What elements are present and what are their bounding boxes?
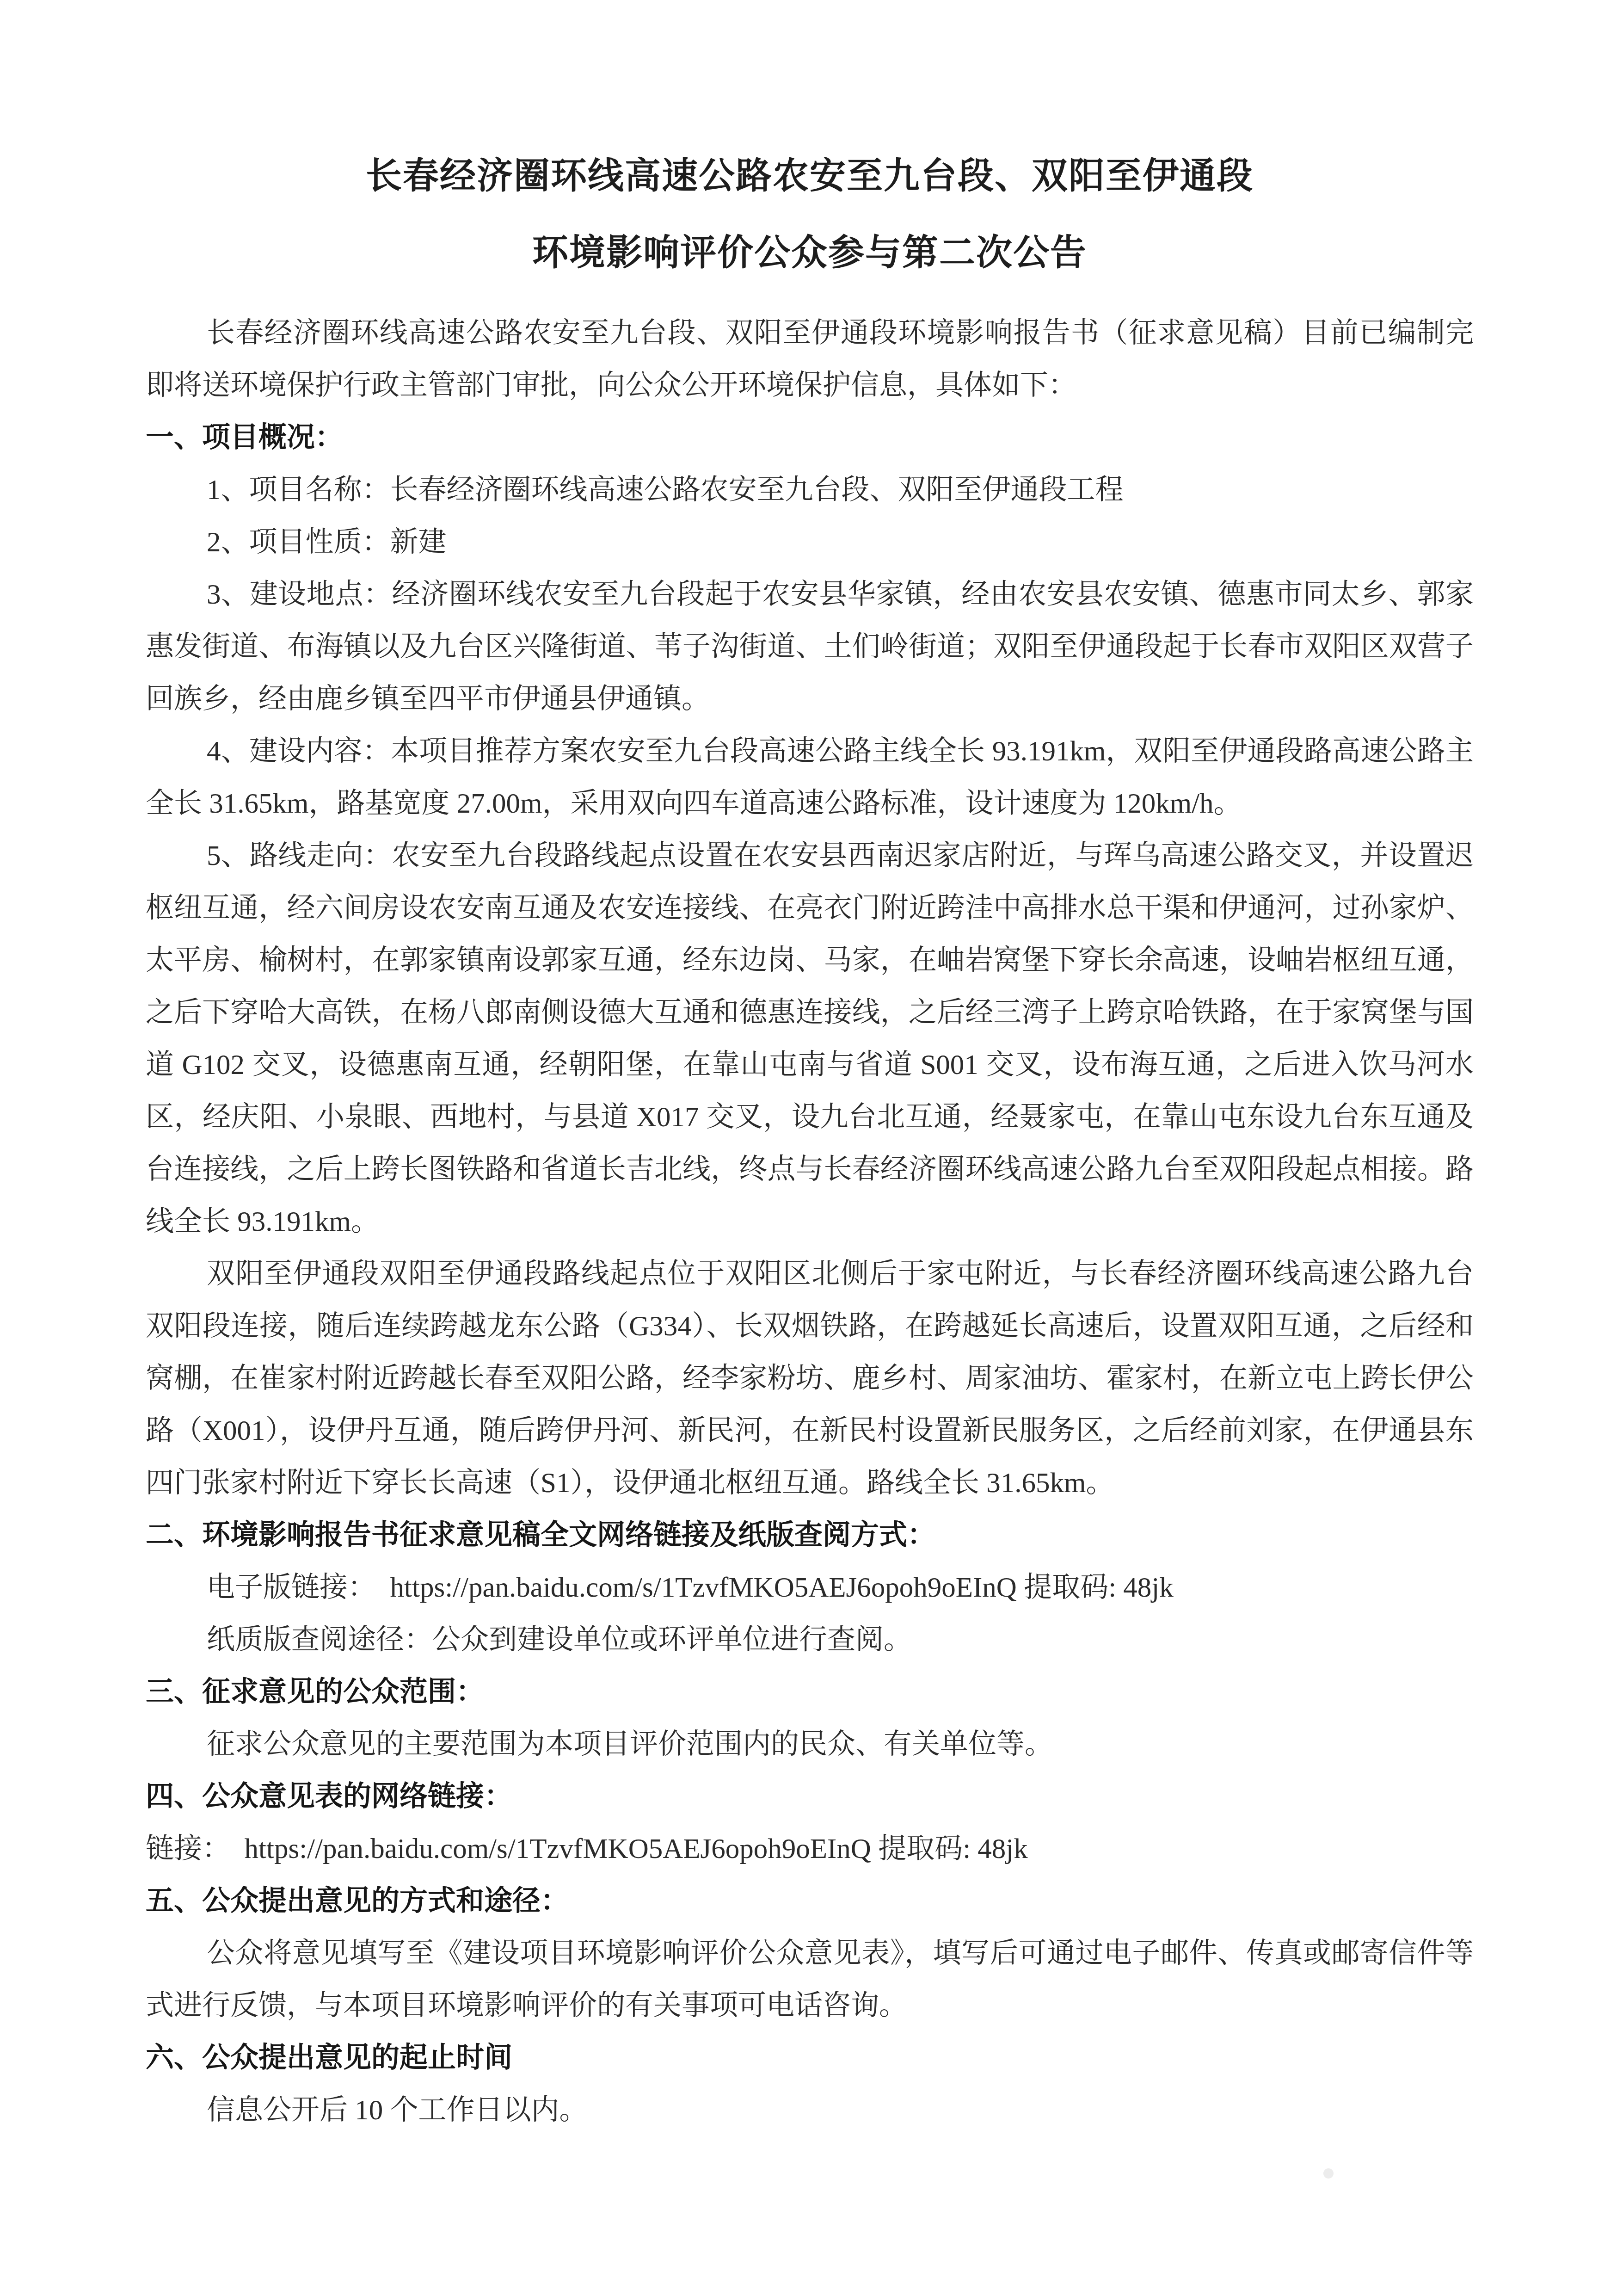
paragraph-line: 长春经济圈环线高速公路农安至九台段、双阳至伊通段环境影响报告书（征求意见稿）目前… xyxy=(146,307,1474,359)
paragraph-line: 路（X001），设伊丹互通，随后跨伊丹河、新民河，在新民村设置新民服务区，之后经… xyxy=(146,1405,1474,1457)
paragraph-line: 1、项目名称：长春经济圈环线高速公路农安至九台段、双阳至伊通段工程 xyxy=(146,464,1474,516)
paragraph-line: 道 G102 交叉，设德惠南互通，经朝阳堡，在靠山屯南与省道 S001 交叉，设… xyxy=(146,1039,1474,1091)
scan-artifact-dot xyxy=(1323,2168,1334,2179)
paragraph-line: 双阳段连接，随后连续跨越龙东公路（G334）、长双烟铁路，在跨越延长高速后，设置… xyxy=(146,1300,1474,1352)
document-body: 长春经济圈环线高速公路农安至九台段、双阳至伊通段环境影响报告书（征求意见稿）目前… xyxy=(146,307,1474,2136)
paragraph-line: 窝棚，在崔家村附近跨越长春至双阳公路，经李家粉坊、鹿乡村、周家油坊、霍家村，在新… xyxy=(146,1352,1474,1405)
section-heading: 二、环境影响报告书征求意见稿全文网络链接及纸版查阅方式： xyxy=(146,1509,1474,1562)
paragraph-line: 信息公开后 10 个工作日以内。 xyxy=(146,2084,1474,2136)
paragraph-line: 2、项目性质：新建 xyxy=(146,516,1474,568)
document-content: 长春经济圈环线高速公路农安至九台段、双阳至伊通段环境影响评价公众参与第二次公告 … xyxy=(146,138,1474,2136)
paragraph-line: 回族乡，经由鹿乡镇至四平市伊通县伊通镇。 xyxy=(146,673,1474,725)
paragraph-line: 链接： https://pan.baidu.com/s/1TzvfMKO5AEJ… xyxy=(146,1823,1474,1875)
paragraph-line: 4、建设内容：本项目推荐方案农安至九台段高速公路主线全长 93.191km，双阳… xyxy=(146,725,1474,778)
section-heading: 四、公众意见表的网络链接： xyxy=(146,1771,1474,1823)
paragraph-line: 5、路线走向：农安至九台段路线起点设置在农安县西南迟家店附近，与珲乌高速公路交叉… xyxy=(146,830,1474,882)
paragraph-line: 惠发街道、布海镇以及九台区兴隆街道、苇子沟街道、土们岭街道；双阳至伊通段起于长春… xyxy=(146,621,1474,673)
section-heading: 三、征求意见的公众范围： xyxy=(146,1666,1474,1718)
paragraph-line: 台连接线，之后上跨长图铁路和省道长吉北线，终点与长春经济圈环线高速公路九台至双阳… xyxy=(146,1143,1474,1196)
paragraph-line: 3、建设地点：经济圈环线农安至九台段起于农安县华家镇，经由农安县农安镇、德惠市同… xyxy=(146,568,1474,621)
paragraph-line: 线全长 93.191km。 xyxy=(146,1196,1474,1248)
paragraph-line: 四门张家村附近下穿长长高速（S1），设伊通北枢纽互通。路线全长 31.65km。 xyxy=(146,1457,1474,1509)
paragraph-line: 双阳至伊通段双阳至伊通段路线起点位于双阳区北侧后于家屯附近，与长春经济圈环线高速… xyxy=(146,1248,1474,1300)
paragraph-line: 式进行反馈，与本项目环境影响评价的有关事项可电话咨询。 xyxy=(146,1980,1474,2032)
paragraph-line: 全长 31.65km，路基宽度 27.00m，采用双向四车道高速公路标准，设计速… xyxy=(146,778,1474,830)
paragraph-line: 太平房、榆树村，在郭家镇南设郭家互通，经东边岗、马家，在岫岩窝堡下穿长余高速，设… xyxy=(146,934,1474,987)
section-heading: 一、项目概况： xyxy=(146,412,1474,464)
section-heading: 六、公众提出意见的起止时间 xyxy=(146,2032,1474,2084)
paragraph-line: 枢纽互通，经六间房设农安南互通及农安连接线、在亮衣门附近跨洼中高排水总干渠和伊通… xyxy=(146,882,1474,934)
page-title-line: 环境影响评价公众参与第二次公告 xyxy=(146,215,1474,291)
page-title-line: 长春经济圈环线高速公路农安至九台段、双阳至伊通段 xyxy=(146,138,1474,215)
paragraph-line: 电子版链接： https://pan.baidu.com/s/1TzvfMKO5… xyxy=(146,1562,1474,1614)
document-page: 长春经济圈环线高速公路农安至九台段、双阳至伊通段环境影响评价公众参与第二次公告 … xyxy=(0,0,1623,2296)
paragraph-line: 纸质版查阅途径：公众到建设单位或环评单位进行查阅。 xyxy=(146,1614,1474,1666)
section-heading: 五、公众提出意见的方式和途径： xyxy=(146,1875,1474,1927)
paragraph-line: 区，经庆阳、小泉眼、西地村，与县道 X017 交叉，设九台北互通，经聂家屯，在靠… xyxy=(146,1091,1474,1143)
paragraph-line: 之后下穿哈大高铁，在杨八郎南侧设德大互通和德惠连接线，之后经三湾子上跨京哈铁路，… xyxy=(146,987,1474,1039)
paragraph-line: 征求公众意见的主要范围为本项目评价范围内的民众、有关单位等。 xyxy=(146,1718,1474,1771)
paragraph-line: 即将送环境保护行政主管部门审批，向公众公开环境保护信息，具体如下： xyxy=(146,359,1474,412)
paragraph-line: 公众将意见填写至《建设项目环境影响评价公众意见表》，填写后可通过电子邮件、传真或… xyxy=(146,1927,1474,1980)
document-title: 长春经济圈环线高速公路农安至九台段、双阳至伊通段环境影响评价公众参与第二次公告 xyxy=(146,138,1474,291)
